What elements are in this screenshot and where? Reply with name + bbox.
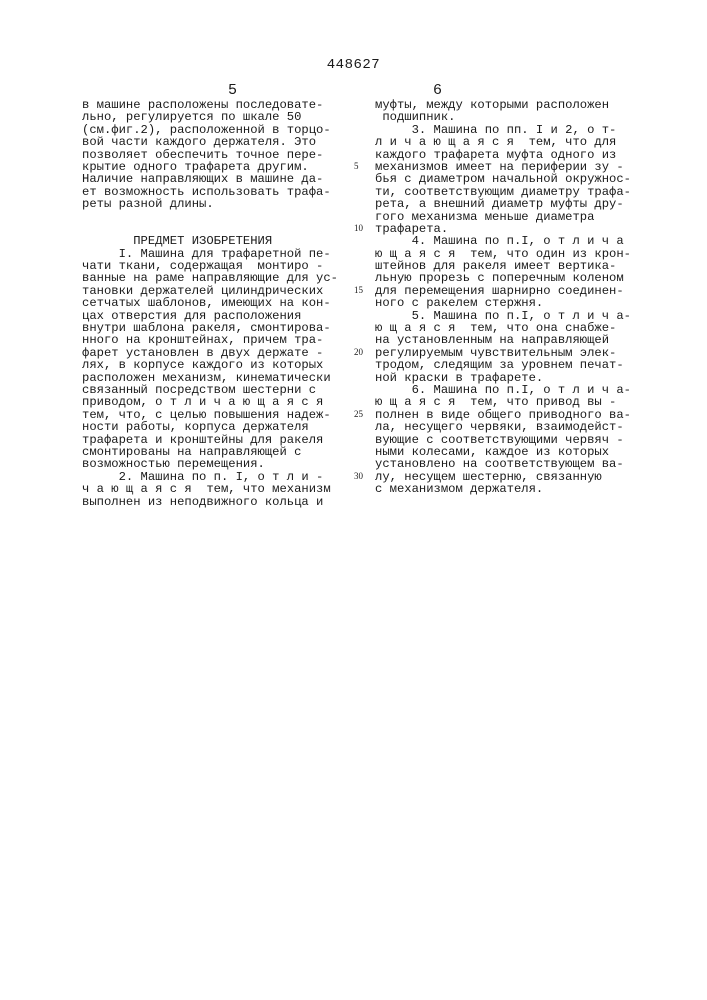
- text-line: лях, в корпусе каждого из которых: [82, 359, 338, 371]
- text-line: вой части каждого держателя. Это: [82, 136, 338, 148]
- text-line: 4. Машина по п.I, о т л и ч а: [375, 235, 631, 247]
- text-line: рета, а внешний диаметр муфты дру-: [375, 198, 631, 210]
- text-line: льную прорезь с поперечным коленом: [375, 272, 631, 284]
- margin-line-number: 20: [354, 347, 363, 357]
- text-line: Наличие направляющих в машине да-: [82, 173, 338, 185]
- text-line: реты разной длины.: [82, 198, 338, 210]
- margin-line-number: 10: [354, 223, 363, 233]
- text-line: [82, 211, 338, 223]
- text-line: ПРЕДМЕТ ИЗОБРЕТЕНИЯ: [82, 235, 338, 247]
- text-line: подшипник.: [375, 111, 631, 123]
- text-line: льно, регулируется по шкале 50: [82, 111, 338, 123]
- text-line: сетчатых шаблонов, имеющих на кон-: [82, 297, 338, 309]
- text-line: бья с диаметром начальной окружнос-: [375, 173, 631, 185]
- margin-line-number: 15: [354, 285, 363, 295]
- margin-line-number: 25: [354, 409, 363, 419]
- patent-number: 448627: [0, 57, 707, 73]
- text-line: л и ч а ю щ а я с я тем, что для: [375, 136, 631, 148]
- text-line: ч а ю щ а я с я тем, что механизм: [82, 483, 338, 495]
- left-text-column: в машине расположены последовате-льно, р…: [82, 99, 338, 508]
- text-line: ности работы, корпуса держателя: [82, 421, 338, 433]
- margin-line-number: 30: [354, 471, 363, 481]
- right-text-column: муфты, между которыми расположен подшипн…: [375, 99, 631, 496]
- patent-page: 448627 5 6 в машине расположены последов…: [0, 0, 707, 1000]
- text-line: ю щ а я с я тем, что привод вы -: [375, 396, 631, 408]
- text-line: тродом, следящим за уровнем печат-: [375, 359, 631, 371]
- margin-line-number: 5: [354, 161, 359, 171]
- text-line: приводом, о т л и ч а ю щ а я с я: [82, 396, 338, 408]
- text-line: выполнен из неподвижного кольца и: [82, 496, 338, 508]
- text-line: ного с ракелем стержня.: [375, 297, 631, 309]
- text-line: ла, несущего червяки, взаимодейст-: [375, 421, 631, 433]
- right-column-page-number: 6: [433, 82, 442, 99]
- text-line: возможностью перемещения.: [82, 458, 338, 470]
- text-line: на установленным на направляющей: [375, 334, 631, 346]
- left-column-page-number: 5: [228, 82, 237, 99]
- text-line: с механизмом держателя.: [375, 483, 631, 495]
- text-line: нного на кронштейнах, причем тра-: [82, 334, 338, 346]
- text-line: ванные на раме направляющие для ус-: [82, 272, 338, 284]
- text-line: установлено на соответствующем ва-: [375, 458, 631, 470]
